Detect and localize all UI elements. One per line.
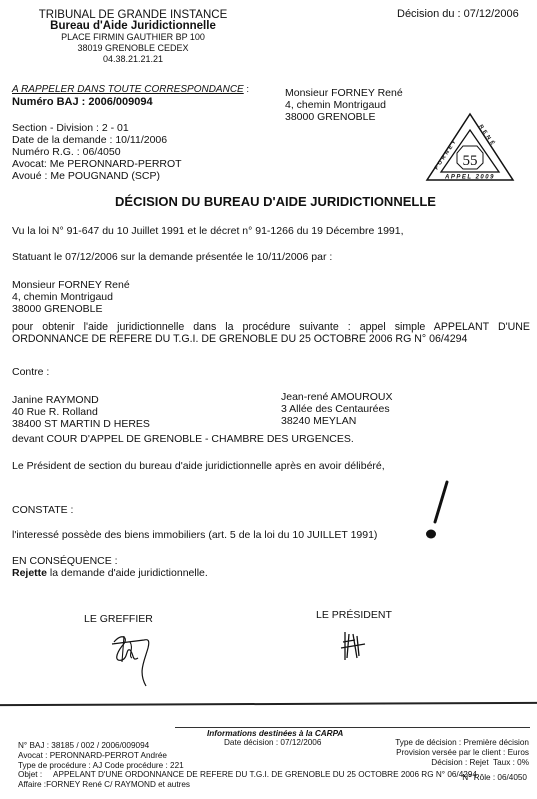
- avocat: Avocat: Me PERONNARD-PERROT: [12, 158, 182, 170]
- decision-date: Décision du : 07/12/2006: [397, 8, 519, 20]
- request-date: Date de la demande : 10/11/2006: [12, 134, 182, 146]
- decision-text: Rejette la demande d'aide juridictionnel…: [12, 567, 208, 579]
- defendant-name: Janine RAYMOND: [12, 394, 150, 406]
- procedure-purpose: pour obtenir l'aide juridictionnelle dan…: [12, 321, 530, 345]
- recipient-address: Monsieur FORNEY René 4, chemin Montrigau…: [285, 87, 403, 123]
- greffier-label: LE GREFFIER: [84, 613, 153, 625]
- ruling-statement: Statuant le 07/12/2006 sur la demande pr…: [12, 251, 332, 263]
- carpa-objet: Objet : APPELANT D'UNE ORDONNANCE DE REF…: [18, 770, 477, 780]
- baj-number: Numéro BAJ : 2006/009094: [12, 96, 153, 108]
- applicant-name: Monsieur FORNEY René: [12, 279, 130, 291]
- constate-label: CONSTATE :: [12, 504, 73, 516]
- purpose-line-1: pour obtenir l'aide juridictionnelle dan…: [12, 321, 530, 333]
- greffier-signature-icon: [108, 628, 158, 690]
- court-phone: 04.38.21.21.21: [18, 54, 248, 65]
- legal-basis: Vu la loi N° 91-647 du 10 Juillet 1991 e…: [12, 225, 404, 237]
- court-venue: devant COUR D'APPEL DE GRENOBLE - CHAMBR…: [12, 433, 354, 445]
- bureau-name: Bureau d'Aide Juridictionnelle: [18, 21, 248, 32]
- avoue: Avoué : Me POUGNAND (SCP): [12, 170, 182, 182]
- carpa-role: N° Rôle : 06/4050: [462, 773, 527, 783]
- rg-number: Numéro R.G. : 06/4050: [12, 146, 182, 158]
- recipient-name: Monsieur FORNEY René: [285, 87, 403, 99]
- applicant-address: Monsieur FORNEY René 4, chemin Montrigau…: [12, 279, 130, 315]
- court-address-line1: PLACE FIRMIN GAUTHIER BP 100: [18, 32, 248, 43]
- purpose-line-2: ORDONNANCE DE REFERE DU T.G.I. DE GRENOB…: [12, 333, 530, 345]
- carpa-avocat: Avocat : PERONNARD-PERROT Andrée: [18, 751, 167, 761]
- applicant-city: 38000 GRENOBLE: [12, 303, 130, 315]
- court-address-line2: 38019 GRENOBLE CEDEX: [18, 43, 248, 54]
- carpa-decision: Décision : Rejet Taux : 0%: [395, 758, 529, 768]
- defendant-name: Jean-rené AMOUROUX: [281, 391, 392, 403]
- carpa-baj: N° BAJ : 38185 / 002 / 2006/009094: [18, 741, 149, 751]
- svg-text:55: 55: [463, 153, 478, 169]
- carpa-affaire: Affaire :FORNEY René C/ RAYMOND et autre…: [18, 780, 190, 790]
- stamp-icon: 55 APPEL 2009 FORNEY RENÉ: [425, 112, 515, 182]
- consequence: EN CONSÉQUENCE : Rejette la demande d'ai…: [12, 555, 208, 579]
- page-title: DÉCISION DU BUREAU D'AIDE JURIDICTIONNEL…: [0, 194, 537, 209]
- defendant-1: Janine RAYMOND 40 Rue R. Rolland 38400 S…: [12, 394, 150, 430]
- triangle-stamp: 55 APPEL 2009 FORNEY RENÉ: [425, 112, 515, 182]
- consequence-label: EN CONSÉQUENCE :: [12, 555, 208, 567]
- defendant-2: Jean-rené AMOUROUX 3 Allée des Centaurée…: [281, 391, 392, 427]
- reminder-label: A RAPPELER DANS TOUTE CORRESPONDANCE: [12, 84, 244, 95]
- recipient-street: 4, chemin Montrigaud: [285, 99, 403, 111]
- section-division: Section - Division : 2 - 01: [12, 122, 182, 134]
- svg-text:FORNEY: FORNEY: [434, 138, 459, 171]
- carpa-type-decision: Type de décision : Première décision: [395, 738, 529, 748]
- applicant-street: 4, chemin Montrigaud: [12, 291, 130, 303]
- footer-thin-line: [175, 727, 530, 728]
- reminder-line: A RAPPELER DANS TOUTE CORRESPONDANCE :: [12, 84, 249, 95]
- defendant-city: 38400 ST MARTIN D HERES: [12, 418, 150, 430]
- finding: l'interessé possède des biens immobilier…: [12, 529, 377, 541]
- court-header: TRIBUNAL DE GRANDE INSTANCE Bureau d'Aid…: [18, 10, 248, 65]
- contre-label: Contre :: [12, 366, 49, 378]
- defendant-street: 40 Rue R. Rolland: [12, 406, 150, 418]
- defendant-street: 3 Allée des Centaurées: [281, 403, 392, 415]
- president-deliberation: Le Président de section du bureau d'aide…: [12, 460, 385, 472]
- svg-text:APPEL 2009: APPEL 2009: [444, 175, 495, 181]
- carpa-date-decision: Date décision : 07/12/2006: [224, 738, 321, 748]
- footer-separator: [0, 702, 537, 706]
- president-signature-icon: [335, 628, 375, 664]
- president-label: LE PRÉSIDENT: [316, 609, 392, 621]
- case-reference: Section - Division : 2 - 01 Date de la d…: [12, 122, 182, 182]
- defendant-city: 38240 MEYLAN: [281, 415, 392, 427]
- carpa-decision-info: Type de décision : Première décision Pro…: [395, 738, 529, 768]
- carpa-provision: Provision versée par le client : Euros: [395, 748, 529, 758]
- recipient-city: 38000 GRENOBLE: [285, 111, 403, 123]
- handwritten-mark-icon: [415, 478, 455, 548]
